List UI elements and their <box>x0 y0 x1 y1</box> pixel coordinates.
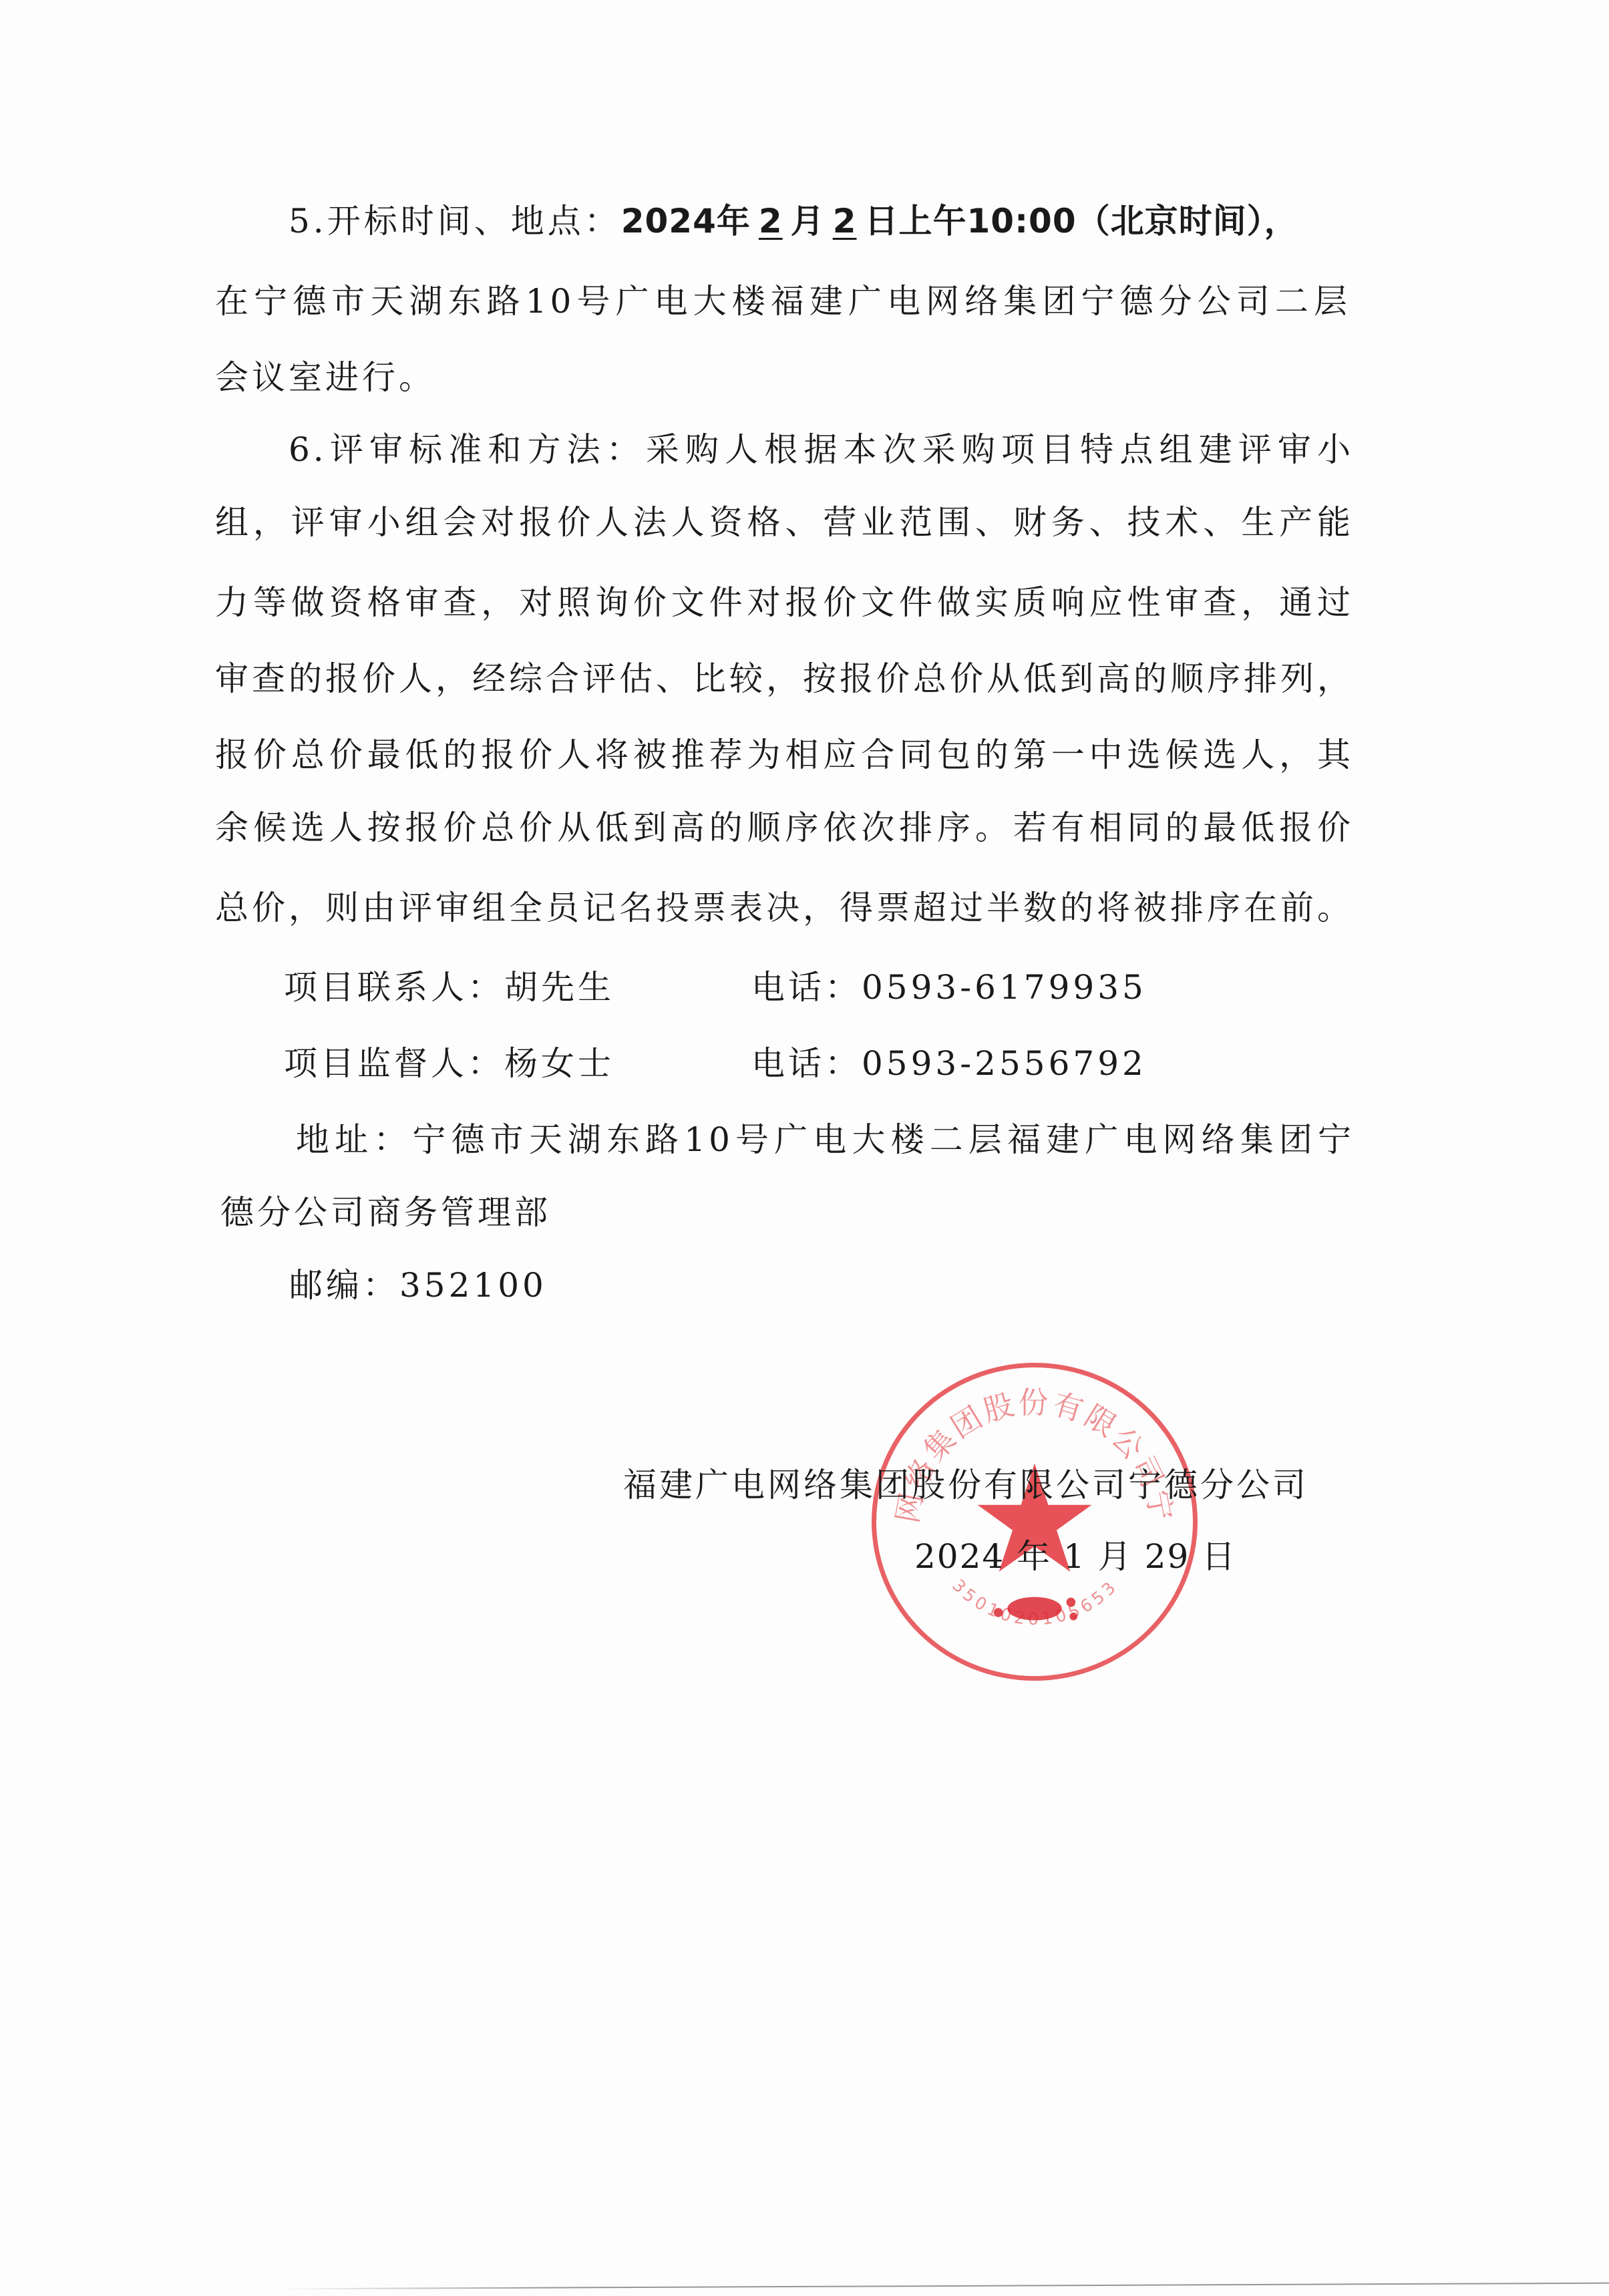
address-line2: 德分公司商务管理部 <box>220 1192 551 1233</box>
section6-line: 余候选人按报价总价从低到高的顺序依次排序。若有相同的最低报价 <box>215 808 1354 848</box>
section5-month-value: 2 <box>751 202 791 240</box>
section6-line: 6.评审标准和方法：采购人根据本次采购项目特点组建评审小 <box>289 430 1354 470</box>
seal-code-text: 3501020105653 <box>948 1576 1122 1629</box>
contact-row: 项目联系人：胡先生 <box>284 967 614 1007</box>
company-seal-stamp: 福建广电网络集团股份有限公司宁德分公司 3501020105653 <box>872 1363 1198 1681</box>
phone-number: 0593-6179935 <box>862 968 1147 1007</box>
supervisor-phone-row: 电话：0593-2556792 <box>751 1043 1147 1084</box>
postcode-row: 邮编：352100 <box>289 1265 547 1305</box>
seal-star-icon: 福建广电网络集团股份有限公司宁德分公司 3501020105653 <box>876 1367 1193 1676</box>
section6-line: 报价总价最低的报价人将被推荐为相应合同包的第一中选候选人，其 <box>215 735 1354 775</box>
section5-label: 5.开标时间、地点： <box>289 202 621 240</box>
address-line1: 地址：宁德市天湖东路10号广电大楼二层福建广电网络集团宁 <box>296 1120 1355 1160</box>
section5-line3: 会议室进行。 <box>215 357 435 397</box>
address-label: 地址： <box>296 1120 412 1159</box>
signature-date: 2024 年 1 月 29 日 <box>914 1536 1236 1577</box>
section6-line: 组，评审小组会对报价人法人资格、营业范围、财务、技术、生产能 <box>215 502 1354 542</box>
postcode-label: 邮编： <box>289 1266 399 1305</box>
contact-phone-row: 电话：0593-6179935 <box>751 967 1147 1007</box>
contact-role: 项目监督人： <box>284 1044 504 1083</box>
contact-name: 杨女士 <box>504 1044 614 1083</box>
section5-day-suffix: 日上午10:00（北京时间）， <box>864 202 1298 240</box>
section6-line: 力等做资格审查，对照询价文件对报价文件做实质响应性审查，通过 <box>215 583 1354 623</box>
section5-day-value: 2 <box>825 202 865 240</box>
svg-text:3501020105653: 3501020105653 <box>948 1576 1122 1629</box>
section5-line2: 在宁德市天湖东路10号广电大楼福建广电网络集团宁德分公司二层 <box>215 281 1351 321</box>
contact-role: 项目联系人： <box>284 968 504 1007</box>
section5-month-unit: 月 <box>791 202 825 240</box>
postcode-value: 352100 <box>399 1266 547 1305</box>
signature-company: 福建广电网络集团股份有限公司宁德分公司 <box>623 1465 1308 1505</box>
scan-edge-line <box>281 2283 1609 2290</box>
section6-line: 总价，则由评审组全员记名投票表决，得票超过半数的将被排序在前。 <box>215 888 1354 928</box>
phone-number: 0593-2556792 <box>862 1044 1147 1083</box>
section5-year: 2024年 <box>621 202 751 240</box>
phone-label: 电话： <box>751 968 862 1007</box>
contact-name: 胡先生 <box>504 968 614 1007</box>
document-page: 5.开标时间、地点：2024年2月2日上午10:00（北京时间）， 在宁德市天湖… <box>0 0 1609 2296</box>
phone-label: 电话： <box>751 1044 862 1083</box>
section6-line: 审查的报价人，经综合评估、比较，按报价总价从低到高的顺序排列， <box>215 659 1354 699</box>
supervisor-row: 项目监督人：杨女士 <box>284 1043 614 1084</box>
section5-line1: 5.开标时间、地点：2024年2月2日上午10:00（北京时间）， <box>289 201 1298 241</box>
address-text: 宁德市天湖东路10号广电大楼二层福建广电网络集团宁 <box>412 1120 1355 1159</box>
